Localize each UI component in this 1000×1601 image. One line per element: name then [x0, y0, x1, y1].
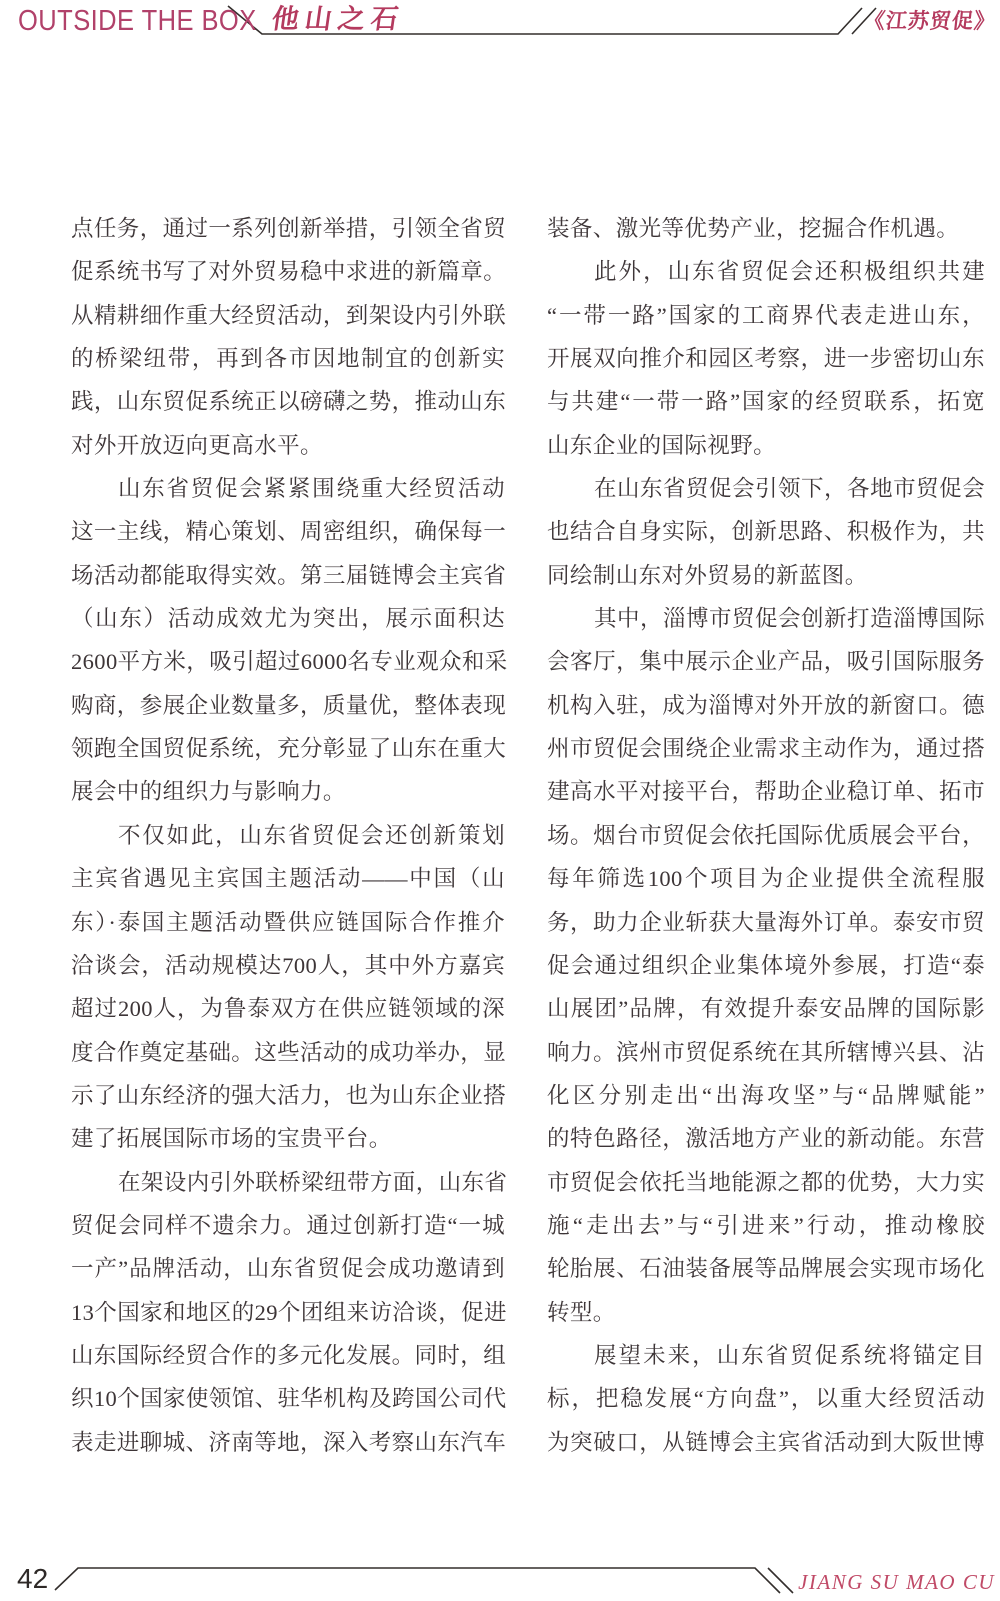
text-line: 示了山东经济的强大活力，也为山东企业搭 — [71, 1074, 505, 1117]
text-line: 会客厅，集中展示企业产品，吸引国际服务 — [547, 640, 985, 683]
text-line: 贸促会同样不遗余力。通过创新打造“一城 — [71, 1204, 505, 1247]
text-line: 建了拓展国际市场的宝贵平台。 — [71, 1117, 505, 1160]
text-line: 一产”品牌活动，山东省贸促会成功邀请到 — [71, 1247, 505, 1290]
text-line: 开展双向推介和园区考察，进一步密切山东 — [547, 337, 985, 380]
text-line: 也结合自身实际，创新思路、积极作为，共 — [547, 510, 985, 553]
text-line: 市贸促会依托当地能源之都的优势，大力实 — [547, 1161, 985, 1204]
text-line: 为突破口，从链博会主宾省活动到大阪世博 — [547, 1421, 985, 1464]
text-line: 度合作奠定基础。这些活动的成功举办，显 — [71, 1031, 505, 1074]
text-line: 织10个国家使领馆、驻华机构及跨国公司代 — [71, 1377, 505, 1420]
text-line: 山展团”品牌，有效提升泰安品牌的国际影 — [547, 987, 985, 1030]
section-title-cn: 他山之石 — [270, 4, 406, 34]
text-line: 促会通过组织企业集体境外参展，打造“泰 — [547, 944, 985, 987]
text-line: 场活动都能取得实效。第三届链博会主宾省 — [71, 554, 505, 597]
text-line: 购商，参展企业数量多，质量优，整体表现 — [71, 684, 505, 727]
text-line: 东）·泰国主题活动暨供应链国际合作推介 — [71, 901, 505, 944]
text-line: 2600平方米，吸引超过6000名专业观众和采 — [71, 640, 505, 683]
text-line: 超过200人，为鲁泰双方在供应链领域的深 — [71, 987, 505, 1030]
text-line: 展会中的组织力与影响力。 — [71, 770, 505, 813]
page-number: 42 — [17, 1564, 48, 1594]
text-line: 点任务，通过一系列创新举措，引领全省贸 — [71, 207, 505, 250]
text-line: 领跑全国贸促系统，充分彰显了山东在重大 — [71, 727, 505, 770]
text-line: 机构入驻，成为淄博对外开放的新窗口。德 — [547, 684, 985, 727]
text-line: 表走进聊城、济南等地，深入考察山东汽车 — [71, 1421, 505, 1464]
text-line: 建高水平对接平台，帮助企业稳订单、拓市 — [547, 770, 985, 813]
section-title-en: OUTSIDE THE BOX — [18, 6, 257, 36]
text-line: 洽谈会，活动规模达700人，其中外方嘉宾 — [71, 944, 505, 987]
text-line: 山东企业的国际视野。 — [547, 424, 985, 467]
text-line: 转型。 — [547, 1291, 985, 1334]
text-line: 主宾省遇见主宾国主题活动——中国（山 — [71, 857, 505, 900]
column-left: 点任务，通过一系列创新举措，引领全省贸促系统书写了对外贸易稳中求进的新篇章。从精… — [71, 207, 505, 1464]
text-line: 的桥梁纽带，再到各市因地制宜的创新实 — [71, 337, 505, 380]
text-line: 这一主线，精心策划、周密组织，确保每一 — [71, 510, 505, 553]
text-line: 轮胎展、石油装备展等品牌展会实现市场化 — [547, 1247, 985, 1290]
text-line: 促系统书写了对外贸易稳中求进的新篇章。 — [71, 250, 505, 293]
text-line: 从精耕细作重大经贸活动，到架设内引外联 — [71, 294, 505, 337]
magazine-page: OUTSIDE THE BOX 他山之石 《江苏贸促》 点任务，通过一系列创新举… — [0, 0, 1000, 1601]
text-line: 山东省贸促会紧紧围绕重大经贸活动 — [71, 467, 505, 510]
text-line: 13个国家和地区的29个团组来访洽谈，促进 — [71, 1291, 505, 1334]
text-line: 对外开放迈向更高水平。 — [71, 424, 505, 467]
text-line: （山东）活动成效尤为突出，展示面积达 — [71, 597, 505, 640]
text-line: 化区分别走出“出海攻坚”与“品牌赋能” — [547, 1074, 985, 1117]
text-line: “一带一路”国家的工商界代表走进山东， — [547, 294, 985, 337]
magazine-title-en: JIANG SU MAO CU — [798, 1569, 995, 1595]
text-line: 同绘制山东对外贸易的新蓝图。 — [547, 554, 985, 597]
text-line: 场。烟台市贸促会依托国际优质展会平台， — [547, 814, 985, 857]
text-line: 此外，山东省贸促会还积极组织共建 — [547, 250, 985, 293]
text-line: 山东国际经贸合作的多元化发展。同时，组 — [71, 1334, 505, 1377]
text-line: 展望未来，山东省贸促系统将锚定目 — [547, 1334, 985, 1377]
text-line: 践，山东贸促系统正以磅礴之势，推动山东 — [71, 380, 505, 423]
text-line: 在架设内引外联桥梁纽带方面，山东省 — [71, 1161, 505, 1204]
text-line: 州市贸促会围绕企业需求主动作为，通过搭 — [547, 727, 985, 770]
text-line: 的特色路径，激活地方产业的新动能。东营 — [547, 1117, 985, 1160]
text-line: 施“走出去”与“引进来”行动，推动橡胶 — [547, 1204, 985, 1247]
text-line: 每年筛选100个项目为企业提供全流程服 — [547, 857, 985, 900]
text-line: 在山东省贸促会引领下，各地市贸促会 — [547, 467, 985, 510]
text-line: 标，把稳发展“方向盘”，以重大经贸活动 — [547, 1377, 985, 1420]
column-right: 装备、激光等优势产业，挖掘合作机遇。此外，山东省贸促会还积极组织共建“一带一路”… — [547, 207, 985, 1464]
text-line: 装备、激光等优势产业，挖掘合作机遇。 — [547, 207, 985, 250]
text-line: 其中，淄博市贸促会创新打造淄博国际 — [547, 597, 985, 640]
text-line: 响力。滨州市贸促系统在其所辖博兴县、沾 — [547, 1031, 985, 1074]
magazine-title-cn: 《江苏贸促》 — [863, 8, 998, 34]
text-line: 不仅如此，山东省贸促会还创新策划 — [71, 814, 505, 857]
text-line: 与共建“一带一路”国家的经贸联系，拓宽 — [547, 380, 985, 423]
text-line: 务，助力企业斩获大量海外订单。泰安市贸 — [547, 901, 985, 944]
